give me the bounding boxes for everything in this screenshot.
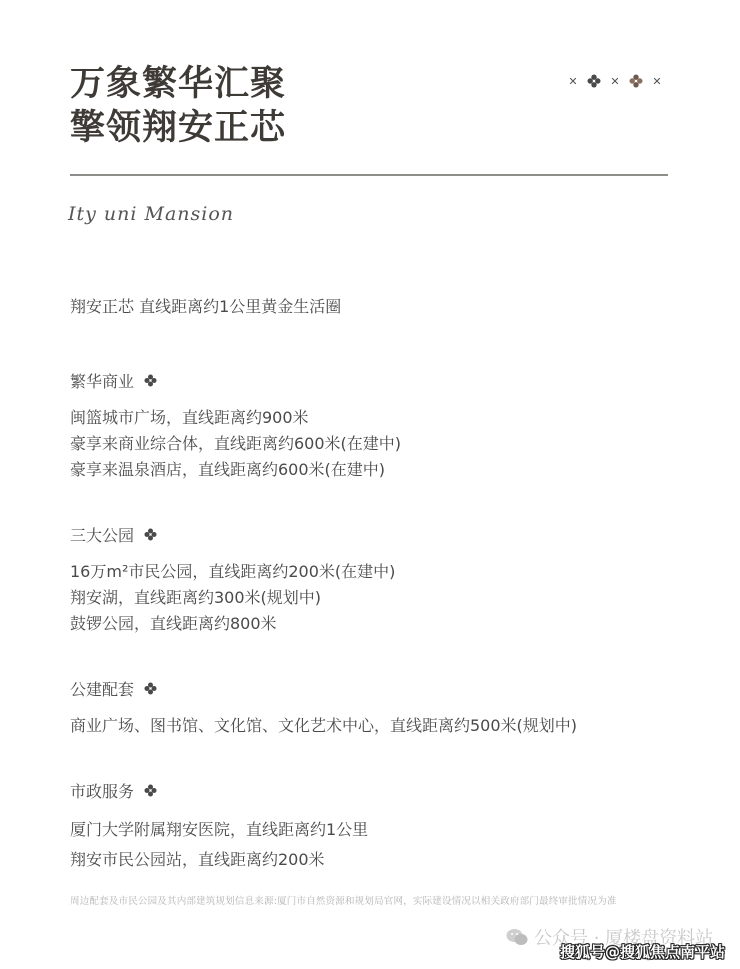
section-municipal-services: 市政服务 厦门大学附属翔安医院，直线距离约1公里 翔安市民公园站，直线距离约20…: [70, 778, 368, 875]
section-heading: 市政服务: [70, 778, 368, 802]
quatrefoil-icon: [144, 528, 157, 541]
x-icon: ✕: [609, 75, 621, 88]
section-commerce: 繁华商业 闽篮城市广场，直线距离约900米 豪享来商业综合体，直线距离约600米…: [70, 368, 401, 483]
list-item: 商业广场、图书馆、文化馆、文化艺术中心，直线距离约500米(规划中): [70, 713, 577, 739]
list-item: 闽篮城市广场，直线距离约900米: [70, 405, 401, 431]
list-item: 翔安市民公园站，直线距离约200米: [70, 845, 368, 875]
section-heading-label: 三大公园: [70, 523, 134, 546]
list-item: 厦门大学附属翔安医院，直线距离约1公里: [70, 815, 368, 845]
quatrefoil-icon: [587, 74, 601, 88]
document-page: 万象繁华汇聚 擎领翔安正芯 ✕ ✕ ✕ Ity uni M: [0, 0, 740, 969]
section-items: 16万m²市民公园，直线距离约200米(在建中) 翔安湖，直线距离约300米(规…: [70, 559, 395, 637]
x-icon: ✕: [651, 75, 663, 88]
quatrefoil-icon: [144, 682, 157, 695]
header-ornaments: ✕ ✕ ✕: [567, 74, 663, 88]
title-line-1: 万象繁华汇聚: [70, 62, 286, 106]
page-title: 万象繁华汇聚 擎领翔安正芯: [70, 62, 286, 150]
script-signature: Ity uni Mansion: [68, 203, 234, 225]
section-items: 厦门大学附属翔安医院，直线距离约1公里 翔安市民公园站，直线距离约200米: [70, 815, 368, 875]
quatrefoil-icon: [144, 784, 157, 797]
intro-text: 翔安正芯 直线距离约1公里黄金生活圈: [70, 294, 341, 317]
list-item: 鼓锣公园，直线距离约800米: [70, 611, 395, 637]
list-item: 豪享来商业综合体，直线距离约600米(在建中): [70, 431, 401, 457]
list-item: 翔安湖，直线距离约300米(规划中): [70, 585, 395, 611]
section-public-facilities: 公建配套 商业广场、图书馆、文化馆、文化艺术中心，直线距离约500米(规划中): [70, 676, 577, 739]
section-items: 闽篮城市广场，直线距离约900米 豪享来商业综合体，直线距离约600米(在建中)…: [70, 405, 401, 483]
section-heading: 三大公园: [70, 522, 395, 546]
list-item: 16万m²市民公园，直线距离约200米(在建中): [70, 559, 395, 585]
title-line-2: 擎领翔安正芯: [70, 106, 286, 150]
x-icon: ✕: [567, 75, 579, 88]
section-heading-label: 繁华商业: [70, 369, 134, 392]
quatrefoil-icon: [629, 74, 643, 88]
divider: [70, 174, 668, 176]
section-heading: 公建配套: [70, 676, 577, 700]
footnote-disclaimer: 周边配套及市民公园及其内部建筑规划信息来源:厦门市自然资源和规划局官网，实际建设…: [70, 893, 617, 907]
wechat-icon: [506, 928, 528, 946]
section-parks: 三大公园 16万m²市民公园，直线距离约200米(在建中) 翔安湖，直线距离约3…: [70, 522, 395, 637]
list-item: 豪享来温泉酒店，直线距离约600米(在建中): [70, 457, 401, 483]
section-heading-label: 公建配套: [70, 677, 134, 700]
section-heading: 繁华商业: [70, 368, 401, 392]
section-items: 商业广场、图书馆、文化馆、文化艺术中心，直线距离约500米(规划中): [70, 713, 577, 739]
section-heading-label: 市政服务: [70, 779, 134, 802]
quatrefoil-icon: [144, 374, 157, 387]
sohu-watermark: 搜狐号@搜狐焦点南平站: [560, 941, 725, 962]
